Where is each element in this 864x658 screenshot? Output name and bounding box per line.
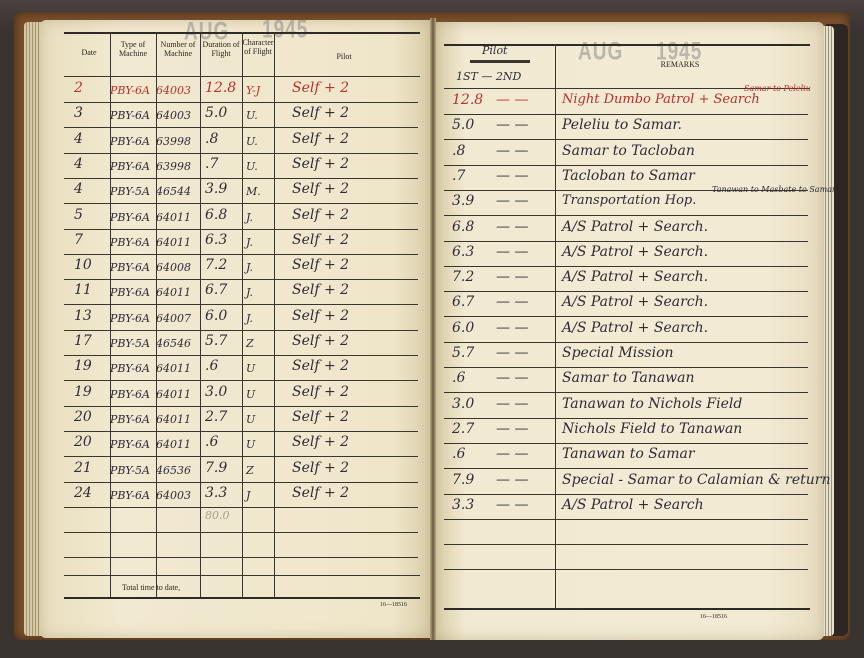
cell-remark: Tanawan to Nichols Field xyxy=(562,396,742,412)
cell-dashes: — — xyxy=(496,294,528,310)
cell-date: 2 xyxy=(74,80,83,96)
row-rule xyxy=(444,443,808,444)
header-duration-of-flight: Duration of Flight xyxy=(200,40,242,58)
cell-character: J. xyxy=(246,236,253,249)
row-rule xyxy=(444,494,808,495)
cell-number: 64007 xyxy=(156,312,191,325)
cell-pilot: Self + 2 xyxy=(292,358,349,374)
cell-pilot: Self + 2 xyxy=(292,232,349,248)
total-time-label: Total time to date, xyxy=(122,583,180,592)
cell-time: 3.9 xyxy=(452,193,474,209)
cell-time: 6.7 xyxy=(452,294,474,310)
cell-time: 7.9 xyxy=(452,472,474,488)
form-number-left: 16—18516 xyxy=(380,602,407,608)
cell-number: 46544 xyxy=(156,185,191,198)
cell-date: 19 xyxy=(74,358,92,374)
row-rule xyxy=(444,418,808,419)
cell-duration: 6.7 xyxy=(205,282,227,298)
cell-number: 64011 xyxy=(156,236,191,249)
row-rule xyxy=(444,569,808,570)
row-rule xyxy=(64,557,418,558)
cell-date: 21 xyxy=(74,460,92,476)
row-rule xyxy=(444,392,808,393)
cell-dashes: — — xyxy=(496,421,528,437)
cell-number: 64003 xyxy=(156,109,191,122)
cell-pilot: Self + 2 xyxy=(292,131,349,147)
cell-time: 6.8 xyxy=(452,219,474,235)
cell-type: PBY-6A xyxy=(110,388,150,401)
cell-character: Z xyxy=(246,337,254,350)
cell-dashes: — — xyxy=(496,269,528,285)
cell-pilot: Self + 2 xyxy=(292,181,349,197)
cell-number: 64011 xyxy=(156,211,191,224)
cell-type: PBY-6A xyxy=(110,413,150,426)
cell-character: Z xyxy=(246,464,254,477)
cell-dashes: — — xyxy=(496,472,528,488)
cell-type: PBY-6A xyxy=(110,362,150,375)
cell-number: 46546 xyxy=(156,337,191,350)
cell-pilot: Self + 2 xyxy=(292,384,349,400)
cell-pilot: Self + 2 xyxy=(292,80,349,96)
rule-total xyxy=(64,575,420,576)
header-pilot: Pilot xyxy=(274,52,414,61)
cell-type: PBY-6A xyxy=(110,261,150,274)
row-rule xyxy=(444,519,808,520)
cell-type: PBY-6A xyxy=(110,489,150,502)
cell-number: 46536 xyxy=(156,464,191,477)
cell-character: U xyxy=(246,413,255,426)
cell-date: 11 xyxy=(74,282,92,298)
cell-date: 4 xyxy=(74,156,83,172)
cell-number: 64003 xyxy=(156,489,191,502)
cell-duration: .7 xyxy=(205,156,218,172)
cell-pilot: Self + 2 xyxy=(292,257,349,273)
cell-date: 20 xyxy=(74,409,92,425)
row-rule xyxy=(64,102,418,103)
row-rule xyxy=(64,229,418,230)
cell-type: PBY-6A xyxy=(110,438,150,451)
cell-dashes: — — xyxy=(496,497,528,513)
row-rule xyxy=(64,203,418,204)
form-number-right: 16—18516 xyxy=(700,614,727,620)
cell-pilot: Self + 2 xyxy=(292,156,349,172)
cell-type: PBY-5A xyxy=(110,464,150,477)
column-divider xyxy=(555,44,556,608)
cell-type: PBY-6A xyxy=(110,312,150,325)
cell-pilot: Self + 2 xyxy=(292,282,349,298)
cell-number: 63998 xyxy=(156,160,191,173)
cell-time: .6 xyxy=(452,370,465,386)
row-rule xyxy=(444,114,808,115)
cell-dashes: — — xyxy=(496,320,528,336)
row-rule xyxy=(64,254,418,255)
cell-dashes: — — xyxy=(496,345,528,361)
cell-character: J. xyxy=(246,261,253,274)
cell-duration: 7.2 xyxy=(205,257,227,273)
row-rule xyxy=(444,241,808,242)
cell-dashes: — — xyxy=(496,168,528,184)
date-stamp-month-right: AUG xyxy=(578,39,623,68)
cell-remark: Transportation Hop. xyxy=(562,193,696,208)
cell-pilot: Self + 2 xyxy=(292,105,349,121)
cell-date: 24 xyxy=(74,485,92,501)
header-number-of-machine: Number of Machine xyxy=(156,40,200,58)
column-divider xyxy=(242,32,243,598)
row-rule xyxy=(64,482,418,483)
cell-pilot: Self + 2 xyxy=(292,460,349,476)
cell-remark: Special Mission xyxy=(562,345,674,361)
cell-date: 4 xyxy=(74,131,83,147)
cell-remark: Peleliu to Samar. xyxy=(562,117,682,133)
row-rule xyxy=(444,215,808,216)
cell-remark: Nichols Field to Tanawan xyxy=(562,421,742,437)
cell-type: PBY-6A xyxy=(110,236,150,249)
cell-type: PBY-6A xyxy=(110,160,150,173)
column-divider xyxy=(274,32,275,598)
row-rule xyxy=(64,178,418,179)
row-rule xyxy=(64,406,418,407)
cell-pilot: Self + 2 xyxy=(292,485,349,501)
cell-dashes: — — xyxy=(496,244,528,260)
cell-character: U. xyxy=(246,109,258,122)
cell-character: U xyxy=(246,388,255,401)
cell-remark: Special - Samar to Calamian & return xyxy=(562,472,831,488)
cell-time: 5.7 xyxy=(452,345,474,361)
cell-date: 3 xyxy=(74,105,83,121)
cell-number: 64011 xyxy=(156,438,191,451)
cell-duration: .8 xyxy=(205,131,218,147)
cell-type: PBY-5A xyxy=(110,185,150,198)
cell-time: 3.3 xyxy=(452,497,474,513)
cell-duration: 6.8 xyxy=(205,207,227,223)
cell-time: 3.0 xyxy=(452,396,474,412)
cell-dashes: — — xyxy=(496,92,528,108)
row-rule xyxy=(64,304,418,305)
row-rule xyxy=(444,468,808,469)
cell-time: .8 xyxy=(452,143,465,159)
cell-date: 13 xyxy=(74,308,92,324)
cell-time: 5.0 xyxy=(452,117,474,133)
row-rule xyxy=(444,316,808,317)
cell-number: 64011 xyxy=(156,362,191,375)
row-rule xyxy=(64,456,418,457)
row-rule xyxy=(444,139,808,140)
row-rule xyxy=(64,532,418,533)
cell-number: 64003 xyxy=(156,84,191,97)
cell-pilot: Self + 2 xyxy=(292,207,349,223)
cell-character: Y-J xyxy=(246,84,260,97)
rule-bottom xyxy=(64,597,420,599)
rule-top xyxy=(444,44,810,46)
cell-remark-note: Samar to Peleliu xyxy=(744,84,811,93)
cell-dashes: — — xyxy=(496,117,528,133)
cell-remark-note: Tanawan to Masbate to Samar xyxy=(712,185,836,194)
pencil-total: 80.0 xyxy=(205,509,230,522)
cell-dashes: — — xyxy=(496,143,528,159)
cell-date: 19 xyxy=(74,384,92,400)
row-rule xyxy=(444,367,808,368)
cell-remark: A/S Patrol + Search. xyxy=(562,244,708,260)
book-gutter xyxy=(430,18,436,640)
cell-type: PBY-5A xyxy=(110,337,150,350)
cell-duration: 7.9 xyxy=(205,460,227,476)
cell-duration: 3.0 xyxy=(205,384,227,400)
cell-remark: Samar to Tanawan xyxy=(562,370,695,386)
cell-duration: 5.0 xyxy=(205,105,227,121)
cell-character: J. xyxy=(246,312,253,325)
cell-type: PBY-6A xyxy=(110,286,150,299)
cell-character: M. xyxy=(246,185,261,198)
cell-dashes: — — xyxy=(496,370,528,386)
cell-number: 64011 xyxy=(156,286,191,299)
cell-dashes: — — xyxy=(496,193,528,209)
cell-remark: A/S Patrol + Search xyxy=(562,497,704,513)
cell-pilot: Self + 2 xyxy=(292,409,349,425)
cell-duration: 6.3 xyxy=(205,232,227,248)
row-rule xyxy=(64,355,418,356)
cell-date: 17 xyxy=(74,333,92,349)
cell-character: J. xyxy=(246,211,253,224)
struck-out-header xyxy=(470,60,530,63)
cell-type: PBY-6A xyxy=(110,84,150,97)
cell-date: 10 xyxy=(74,257,92,273)
cell-remark: A/S Patrol + Search. xyxy=(562,219,708,235)
cell-time: .7 xyxy=(452,168,465,184)
row-rule xyxy=(64,127,418,128)
cell-pilot: Self + 2 xyxy=(292,434,349,450)
cell-time: .6 xyxy=(452,446,465,462)
cell-character: U. xyxy=(246,135,258,148)
cell-number: 64008 xyxy=(156,261,191,274)
column-divider xyxy=(200,32,201,598)
header-date: Date xyxy=(70,48,108,57)
cell-remark: Samar to Tacloban xyxy=(562,143,695,159)
cell-remark: A/S Patrol + Search. xyxy=(562,320,708,336)
cell-character: J xyxy=(246,489,250,502)
cell-character: U xyxy=(246,362,255,375)
cell-duration: 3.9 xyxy=(205,181,227,197)
cell-remark: Tacloban to Samar xyxy=(562,168,695,184)
cell-duration: 2.7 xyxy=(205,409,227,425)
row-rule xyxy=(444,165,808,166)
cell-time: 2.7 xyxy=(452,421,474,437)
cell-type: PBY-6A xyxy=(110,135,150,148)
cell-pilot: Self + 2 xyxy=(292,308,349,324)
cell-dashes: — — xyxy=(496,396,528,412)
row-rule xyxy=(64,380,418,381)
cell-number: 64011 xyxy=(156,388,191,401)
row-rule xyxy=(444,544,808,545)
cell-date: 7 xyxy=(74,232,83,248)
row-rule xyxy=(444,342,808,343)
row-rule xyxy=(64,153,418,154)
header-character-of-flight: Character of Flight xyxy=(242,38,274,56)
cell-pilot: Self + 2 xyxy=(292,333,349,349)
header-type-of-machine: Type of Machine xyxy=(110,40,156,58)
row-rule xyxy=(444,291,808,292)
cell-number: 63998 xyxy=(156,135,191,148)
cell-duration: 3.3 xyxy=(205,485,227,501)
header-remarks: REMARKS xyxy=(640,60,720,69)
cell-remark: A/S Patrol + Search. xyxy=(562,294,708,310)
cell-time: 6.0 xyxy=(452,320,474,336)
cell-duration: 6.0 xyxy=(205,308,227,324)
row-rule xyxy=(64,279,418,280)
row-rule xyxy=(64,431,418,432)
row-rule xyxy=(64,507,418,508)
cell-character: U. xyxy=(246,160,258,173)
cell-duration: .6 xyxy=(205,358,218,374)
cell-type: PBY-6A xyxy=(110,211,150,224)
cell-duration: .6 xyxy=(205,434,218,450)
header-pilot-order: 1ST — 2ND xyxy=(456,70,521,83)
cell-duration: 5.7 xyxy=(205,333,227,349)
cell-remark: Night Dumbo Patrol + Search xyxy=(562,92,760,107)
cell-number: 64011 xyxy=(156,413,191,426)
cell-date: 5 xyxy=(74,207,83,223)
cell-type: PBY-6A xyxy=(110,109,150,122)
row-rule xyxy=(64,330,418,331)
cell-date: 4 xyxy=(74,181,83,197)
row-rule xyxy=(444,266,808,267)
cell-character: U xyxy=(246,438,255,451)
cell-dashes: — — xyxy=(496,446,528,462)
rule-bottom xyxy=(444,608,810,610)
cell-time: 12.8 xyxy=(452,92,483,108)
cell-duration: 12.8 xyxy=(205,80,236,96)
cell-remark: Tanawan to Samar xyxy=(562,446,695,462)
cell-remark: A/S Patrol + Search. xyxy=(562,269,708,285)
cell-dashes: — — xyxy=(496,219,528,235)
cell-character: J. xyxy=(246,286,253,299)
cell-date: 20 xyxy=(74,434,92,450)
cell-time: 6.3 xyxy=(452,244,474,260)
cell-time: 7.2 xyxy=(452,269,474,285)
